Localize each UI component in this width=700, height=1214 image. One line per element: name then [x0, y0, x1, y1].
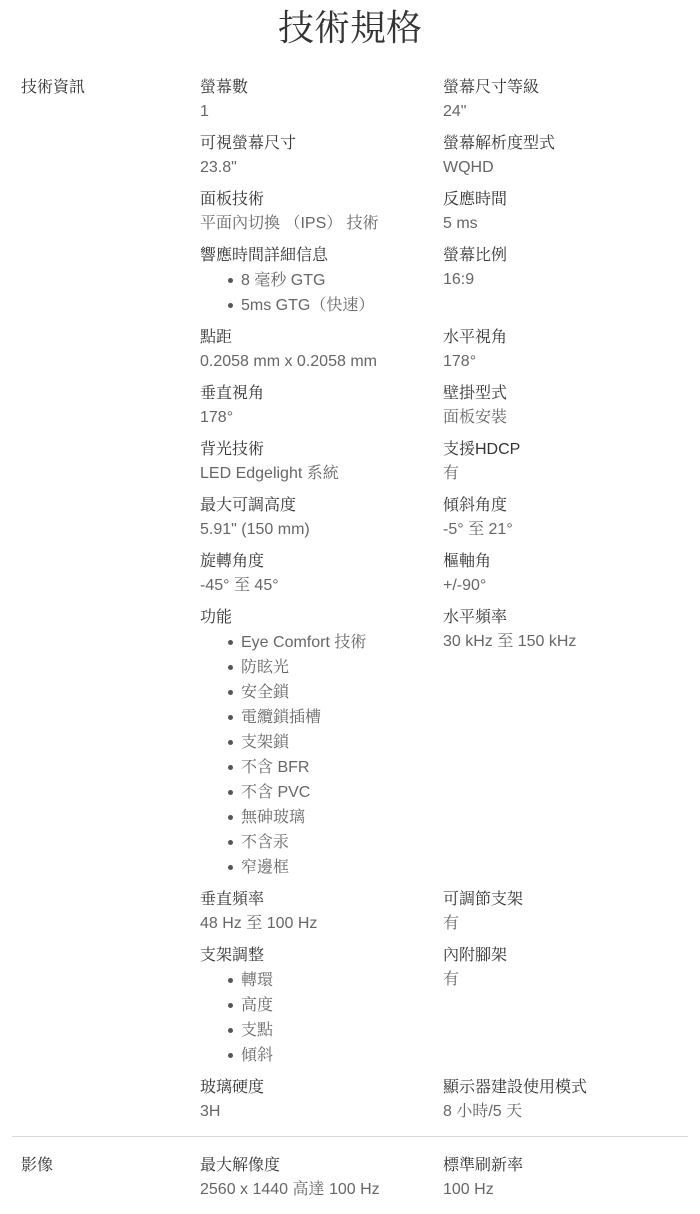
spec-label: 螢幕解析度型式 [443, 132, 688, 156]
spec-section: 技術資訊 螢幕數1 螢幕尺寸等級24" 可視螢幕尺寸23.8" 螢幕解析度型式W… [12, 76, 688, 1136]
spec-cell-right: 內附腳架有 [443, 944, 688, 1068]
spec-label: 背光技術 [200, 438, 429, 462]
spec-label: 螢幕尺寸等級 [443, 76, 688, 100]
spec-cell-right: 顯示器建設使用模式8 小時/5 天 [443, 1076, 688, 1124]
spec-value: 30 kHz 至 150 kHz [443, 630, 688, 654]
spec-value: +/-90° [443, 574, 688, 598]
spec-value: 178° [200, 406, 429, 430]
spec-value: 16:9 [443, 268, 688, 292]
spec-bullet-item: 支架鎖 [241, 730, 429, 755]
spec-label: 功能 [200, 606, 429, 630]
spec-label: 水平視角 [443, 326, 688, 350]
spec-cell-left: 垂直視角178° [200, 382, 443, 430]
spec-value: 8 小時/5 天 [443, 1100, 688, 1124]
spec-cell-left: 支架調整轉環高度支點傾斜 [200, 944, 443, 1068]
spec-label: 垂直視角 [200, 382, 429, 406]
spec-cell-right: 螢幕解析度型式WQHD [443, 132, 688, 180]
spec-row: 響應時間詳細信息8 毫秒 GTG5ms GTG（快速） 螢幕比例16:9 [200, 244, 688, 318]
spec-label: 玻璃硬度 [200, 1076, 429, 1100]
spec-bullet-item: 防眩光 [241, 655, 429, 680]
spec-cell-right: 螢幕尺寸等級24" [443, 76, 688, 124]
spec-row: 支架調整轉環高度支點傾斜 內附腳架有 [200, 944, 688, 1068]
spec-label: 水平頻率 [443, 606, 688, 630]
spec-cell-left: 垂直頻率48 Hz 至 100 Hz [200, 888, 443, 936]
spec-value: 24" [443, 100, 688, 124]
spec-row: 旋轉角度-45° 至 45° 樞軸角+/-90° [200, 550, 688, 598]
spec-bullet-item: 不含 BFR [241, 755, 429, 780]
spec-label: 內附腳架 [443, 944, 688, 968]
spec-label: 可調節支架 [443, 888, 688, 912]
spec-cell-right: 支援HDCP有 [443, 438, 688, 486]
spec-bullet-item: 無砷玻璃 [241, 805, 429, 830]
spec-cell-left: 可視螢幕尺寸23.8" [200, 132, 443, 180]
spec-cell-left: 功能Eye Comfort 技術防眩光安全鎖電纜鎖插槽支架鎖不含 BFR不含 P… [200, 606, 443, 880]
spec-value: -5° 至 21° [443, 518, 688, 542]
spec-cell-right: 傾斜角度-5° 至 21° [443, 494, 688, 542]
spec-bullet-item: 安全鎖 [241, 680, 429, 705]
spec-value: 3H [200, 1100, 429, 1124]
spec-cell-right: 壁掛型式面板安裝 [443, 382, 688, 430]
section-name: 技術資訊 [12, 76, 200, 100]
spec-label: 面板技術 [200, 188, 429, 212]
spec-label: 旋轉角度 [200, 550, 429, 574]
section-rows: 最大解像度2560 x 1440 高達 100 Hz 標準刷新率100 Hz [200, 1154, 688, 1210]
section-name: 影像 [12, 1154, 200, 1178]
spec-label: 可視螢幕尺寸 [200, 132, 429, 156]
spec-value: 100 Hz [443, 1178, 688, 1202]
spec-value: 5.91" (150 mm) [200, 518, 429, 542]
spec-row: 螢幕數1 螢幕尺寸等級24" [200, 76, 688, 124]
spec-value: 178° [443, 350, 688, 374]
spec-value: 5 ms [443, 212, 688, 236]
spec-value: 有 [443, 462, 688, 486]
spec-bullet-item: 支點 [241, 1018, 429, 1043]
spec-bullet-item: Eye Comfort 技術 [241, 630, 429, 655]
spec-value: -45° 至 45° [200, 574, 429, 598]
spec-value: 有 [443, 912, 688, 936]
spec-cell-left: 響應時間詳細信息8 毫秒 GTG5ms GTG（快速） [200, 244, 443, 318]
spec-row: 背光技術LED Edgelight 系統 支援HDCP有 [200, 438, 688, 486]
spec-row: 點距0.2058 mm x 0.2058 mm 水平視角178° [200, 326, 688, 374]
spec-value: 0.2058 mm x 0.2058 mm [200, 350, 429, 374]
spec-bullet-item: 電纜鎖插槽 [241, 705, 429, 730]
spec-value: 23.8" [200, 156, 429, 180]
spec-label: 反應時間 [443, 188, 688, 212]
spec-bullet-item: 傾斜 [241, 1043, 429, 1068]
section-rows: 螢幕數1 螢幕尺寸等級24" 可視螢幕尺寸23.8" 螢幕解析度型式WQHD 面… [200, 76, 688, 1132]
spec-row: 玻璃硬度3H 顯示器建設使用模式8 小時/5 天 [200, 1076, 688, 1124]
spec-page: 技術規格 技術資訊 螢幕數1 螢幕尺寸等級24" 可視螢幕尺寸23.8" 螢幕解… [0, 6, 700, 1214]
spec-value: 有 [443, 968, 688, 992]
spec-label: 顯示器建設使用模式 [443, 1076, 688, 1100]
spec-cell-right: 樞軸角+/-90° [443, 550, 688, 598]
spec-row: 最大可調高度5.91" (150 mm) 傾斜角度-5° 至 21° [200, 494, 688, 542]
spec-cell-right: 可調節支架有 [443, 888, 688, 936]
spec-cell-left: 旋轉角度-45° 至 45° [200, 550, 443, 598]
spec-value: 48 Hz 至 100 Hz [200, 912, 429, 936]
spec-row: 可視螢幕尺寸23.8" 螢幕解析度型式WQHD [200, 132, 688, 180]
spec-cell-left: 螢幕數1 [200, 76, 443, 124]
spec-label: 點距 [200, 326, 429, 350]
spec-cell-left: 玻璃硬度3H [200, 1076, 443, 1124]
spec-cell-right: 標準刷新率100 Hz [443, 1154, 688, 1202]
spec-label: 螢幕數 [200, 76, 429, 100]
spec-cell-right: 水平視角178° [443, 326, 688, 374]
spec-row: 最大解像度2560 x 1440 高達 100 Hz 標準刷新率100 Hz [200, 1154, 688, 1202]
spec-cell-left: 最大解像度2560 x 1440 高達 100 Hz [200, 1154, 443, 1202]
spec-label: 支架調整 [200, 944, 429, 968]
spec-label: 樞軸角 [443, 550, 688, 574]
spec-cell-left: 最大可調高度5.91" (150 mm) [200, 494, 443, 542]
spec-value: 面板安裝 [443, 406, 688, 430]
spec-bullet-item: 高度 [241, 993, 429, 1018]
spec-cell-left: 點距0.2058 mm x 0.2058 mm [200, 326, 443, 374]
spec-bullet-list: 8 毫秒 GTG5ms GTG（快速） [200, 268, 429, 318]
spec-label: 標準刷新率 [443, 1154, 688, 1178]
spec-label: 壁掛型式 [443, 382, 688, 406]
spec-label: 螢幕比例 [443, 244, 688, 268]
spec-value: WQHD [443, 156, 688, 180]
spec-cell-left: 面板技術平面內切換 （IPS） 技術 [200, 188, 443, 236]
spec-cell-left: 背光技術LED Edgelight 系統 [200, 438, 443, 486]
spec-row: 功能Eye Comfort 技術防眩光安全鎖電纜鎖插槽支架鎖不含 BFR不含 P… [200, 606, 688, 880]
spec-bullet-item: 8 毫秒 GTG [241, 268, 429, 293]
spec-label: 垂直頻率 [200, 888, 429, 912]
spec-bullet-item: 轉環 [241, 968, 429, 993]
spec-section: 影像 最大解像度2560 x 1440 高達 100 Hz 標準刷新率100 H… [12, 1136, 688, 1214]
spec-bullet-item: 不含 PVC [241, 780, 429, 805]
spec-label: 最大可調高度 [200, 494, 429, 518]
spec-value: 2560 x 1440 高達 100 Hz [200, 1178, 429, 1202]
spec-label: 傾斜角度 [443, 494, 688, 518]
spec-bullet-list: 轉環高度支點傾斜 [200, 968, 429, 1068]
spec-value: 平面內切換 （IPS） 技術 [200, 212, 429, 236]
spec-cell-right: 螢幕比例16:9 [443, 244, 688, 318]
spec-row: 垂直頻率48 Hz 至 100 Hz 可調節支架有 [200, 888, 688, 936]
spec-bullet-item: 不含汞 [241, 830, 429, 855]
spec-row: 垂直視角178° 壁掛型式面板安裝 [200, 382, 688, 430]
spec-bullet-list: Eye Comfort 技術防眩光安全鎖電纜鎖插槽支架鎖不含 BFR不含 PVC… [200, 630, 429, 880]
spec-bullet-item: 5ms GTG（快速） [241, 293, 429, 318]
spec-label: 響應時間詳細信息 [200, 244, 429, 268]
spec-cell-right: 水平頻率30 kHz 至 150 kHz [443, 606, 688, 880]
spec-label: 最大解像度 [200, 1154, 429, 1178]
spec-bullet-item: 窄邊框 [241, 855, 429, 880]
page-title: 技術規格 [0, 6, 700, 50]
spec-row: 面板技術平面內切換 （IPS） 技術 反應時間5 ms [200, 188, 688, 236]
spec-sections: 技術資訊 螢幕數1 螢幕尺寸等級24" 可視螢幕尺寸23.8" 螢幕解析度型式W… [0, 76, 700, 1214]
spec-value: LED Edgelight 系統 [200, 462, 429, 486]
spec-value: 1 [200, 100, 429, 124]
spec-label: 支援HDCP [443, 438, 688, 462]
spec-cell-right: 反應時間5 ms [443, 188, 688, 236]
